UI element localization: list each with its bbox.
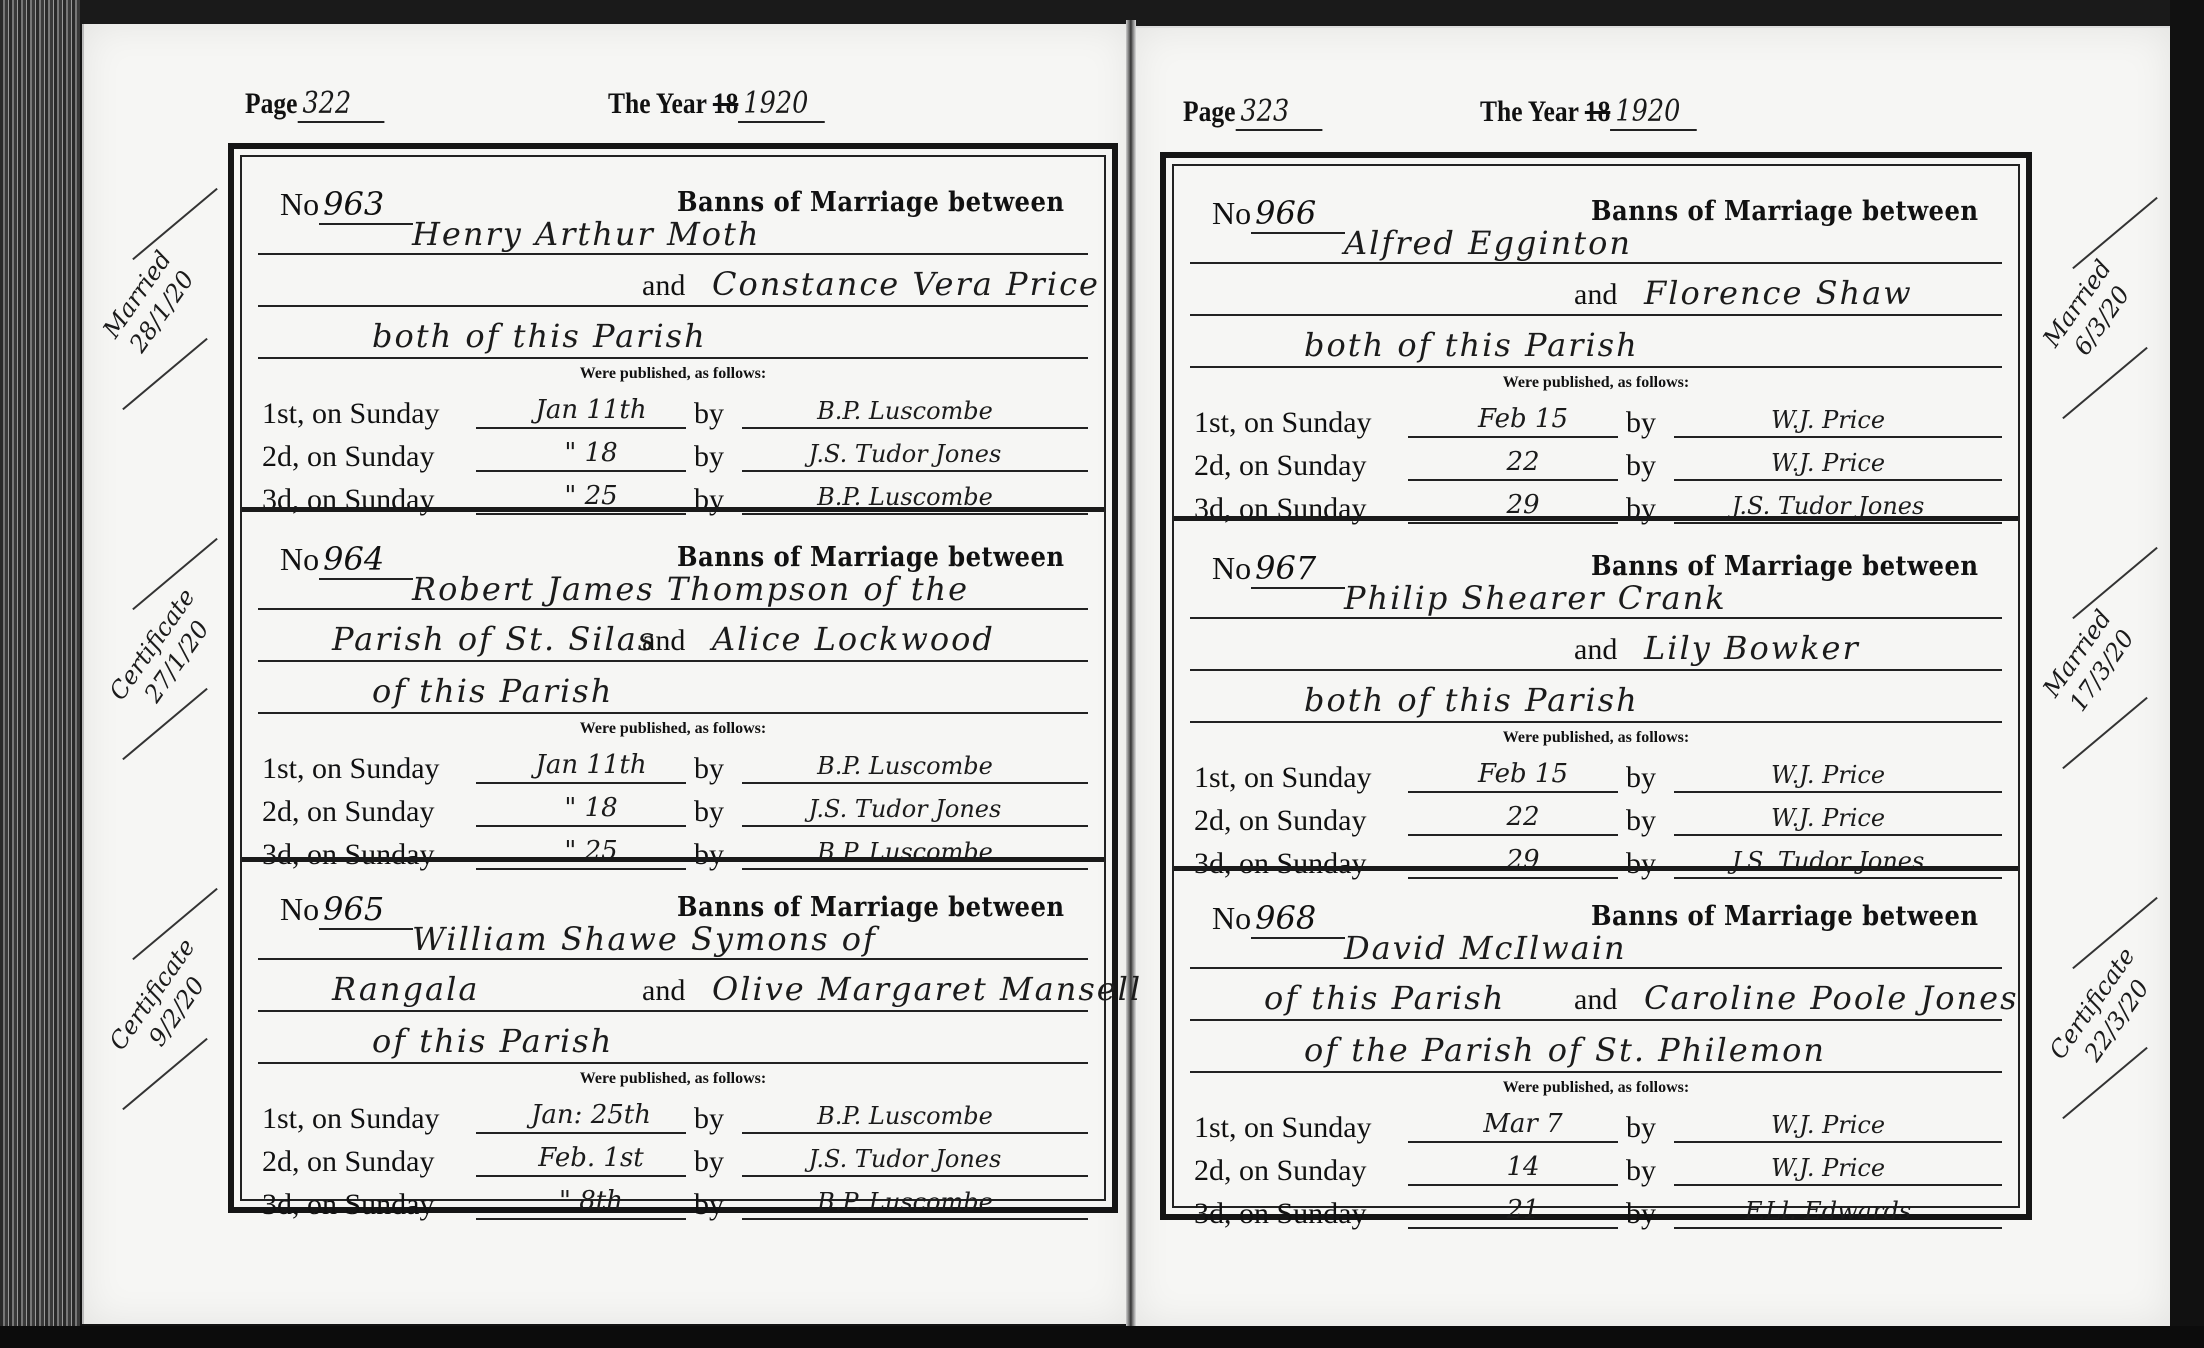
sunday-row: 1st, on Sunday Jan: 25th by B.P. Luscomb… (262, 1098, 1088, 1138)
groom-parish: of this Parish (1264, 979, 1505, 1017)
rule-line-1 (1190, 262, 2002, 264)
rule-line-3 (1190, 366, 2002, 368)
sunday-ordinal: 3d, on Sunday (262, 1188, 435, 1222)
by-label: by (694, 1102, 724, 1136)
sunday-date: Jan 11th (496, 750, 686, 780)
right-register-frame: No966 Banns of Marriage between Alfred E… (1160, 152, 2032, 1220)
rule-line-2 (1190, 1019, 2002, 1021)
published-label: Were published, as follows: (242, 720, 1104, 738)
sunday-date: Feb. 1st (496, 1143, 686, 1173)
sunday-ordinal: 2d, on Sunday (262, 440, 435, 474)
bride-line: Alice Lockwood (712, 620, 995, 658)
sunday-date: 21 (1428, 1195, 1618, 1225)
banns-title: Banns of Marriage between (1591, 551, 1978, 582)
bride-line: Constance Vera Price (712, 265, 1100, 303)
by-label: by (1626, 1197, 1656, 1231)
sunday-row: 1st, on Sunday Feb 15 by W.J. Price (1194, 757, 2002, 797)
and-label: and (1574, 278, 1617, 312)
by-label: by (1626, 449, 1656, 483)
by-label: by (1626, 1154, 1656, 1188)
sunday-row: 2d, on Sunday 14 by W.J. Price (1194, 1150, 2002, 1190)
left-register-frame: No963 Banns of Marriage between Henry Ar… (228, 143, 1118, 1213)
and-label: and (642, 624, 685, 658)
by-label: by (694, 795, 724, 829)
parish-line: both of this Parish (1304, 326, 1639, 364)
entry-number-label: No965 (280, 890, 413, 930)
entry-number-label: No964 (280, 540, 413, 580)
banns-entry: No963 Banns of Marriage between Henry Ar… (242, 157, 1104, 507)
sunday-row: 1st, on Sunday Jan 11th by B.P. Luscombe (262, 748, 1088, 788)
parish-line: of the Parish of St. Philemon (1304, 1031, 1826, 1069)
sunday-date: Jan: 25th (496, 1100, 686, 1130)
sunday-date: " 8th (496, 1186, 686, 1216)
sunday-ordinal: 1st, on Sunday (1194, 761, 1372, 795)
no-label: No (280, 186, 319, 222)
rule-line-3 (1190, 1071, 2002, 1073)
year-printed-prefix: 18 (713, 87, 739, 120)
sunday-ordinal: 1st, on Sunday (262, 752, 440, 786)
entry-number: 964 (319, 540, 413, 580)
banns-title: Banns of Marriage between (677, 187, 1064, 218)
sunday-date: Jan 11th (496, 395, 686, 425)
entry-number-label: No968 (1212, 899, 1345, 939)
year-value: 1920 (738, 86, 825, 123)
book-page-edges (0, 0, 80, 1348)
year-label: The Year (1480, 95, 1578, 128)
banns-title: Banns of Marriage between (1591, 901, 1978, 932)
sunday-ordinal: 3d, on Sunday (1194, 1197, 1367, 1231)
officiant-signature: W.J. Price (1694, 1154, 1962, 1182)
officiant-signature: W.J. Price (1694, 406, 1962, 434)
sunday-ordinal: 2d, on Sunday (262, 1145, 435, 1179)
entry-number: 963 (319, 185, 413, 225)
entry-number: 968 (1251, 899, 1345, 939)
entry-number: 966 (1251, 194, 1345, 234)
sunday-date: 22 (1428, 447, 1618, 477)
bride-line: Lily Bowker (1644, 629, 1860, 667)
sunday-row: 2d, on Sunday Feb. 1st by J.S. Tudor Jon… (262, 1141, 1088, 1181)
rule-line-1 (1190, 967, 2002, 969)
page-label: Page (245, 87, 297, 120)
rule-line-2 (1190, 314, 2002, 316)
right-year-header: The Year 181920 (1480, 94, 1697, 131)
officiant-signature: F.Ll. Edwards (1694, 1197, 1962, 1225)
no-label: No (1212, 550, 1251, 586)
published-label: Were published, as follows: (242, 365, 1104, 383)
rule-line-3 (1190, 721, 2002, 723)
banns-entry: No968 Banns of Marriage between David Mc… (1174, 866, 2018, 1221)
banns-entry: No965 Banns of Marriage between William … (242, 857, 1104, 1212)
sunday-ordinal: 1st, on Sunday (262, 1102, 440, 1136)
groom-line: Henry Arthur Moth (412, 215, 760, 253)
entry-number-label: No967 (1212, 549, 1345, 589)
left-page-header: Page322 (245, 86, 384, 123)
sunday-date: Feb 15 (1428, 759, 1618, 789)
officiant-signature: J.S. Tudor Jones (762, 795, 1048, 823)
rule-line-1 (258, 253, 1088, 255)
year-value: 1920 (1610, 94, 1697, 131)
officiant-signature: J.S. Tudor Jones (762, 1145, 1048, 1173)
entry-number-label: No963 (280, 185, 413, 225)
sunday-row: 3d, on Sunday " 8th by B.P. Luscombe (262, 1184, 1088, 1224)
sunday-date: " 18 (496, 793, 686, 823)
sunday-ordinal: 1st, on Sunday (1194, 1111, 1372, 1145)
page-number: 322 (297, 86, 384, 123)
entry-number: 965 (319, 890, 413, 930)
parish-line: of this Parish (372, 672, 613, 710)
rule-line-2 (1190, 669, 2002, 671)
groom-line: Robert James Thompson of the (412, 570, 969, 608)
officiant-signature: W.J. Price (1694, 804, 1962, 832)
rule-line-1 (258, 958, 1088, 960)
and-label: and (1574, 633, 1617, 667)
banns-entry: No966 Banns of Marriage between Alfred E… (1174, 166, 2018, 516)
no-label: No (280, 891, 319, 927)
page-number: 323 (1235, 94, 1322, 131)
published-label: Were published, as follows: (242, 1070, 1104, 1088)
officiant-signature: B.P. Luscombe (762, 397, 1048, 425)
published-label: Were published, as follows: (1174, 729, 2018, 747)
sunday-row: 2d, on Sunday " 18 by J.S. Tudor Jones (262, 436, 1088, 476)
officiant-signature: W.J. Price (1694, 449, 1962, 477)
bride-line: Florence Shaw (1644, 274, 1913, 312)
officiant-signature: W.J. Price (1694, 761, 1962, 789)
by-label: by (1626, 761, 1656, 795)
sunday-row: 2d, on Sunday 22 by W.J. Price (1194, 445, 2002, 485)
parish-line: both of this Parish (372, 317, 707, 355)
sunday-row: 3d, on Sunday 21 by F.Ll. Edwards (1194, 1193, 2002, 1233)
banns-entry: No967 Banns of Marriage between Philip S… (1174, 516, 2018, 871)
left-year-header: The Year 181920 (608, 86, 825, 123)
sunday-ordinal: 1st, on Sunday (262, 397, 440, 431)
year-printed-prefix: 18 (1585, 95, 1611, 128)
rule-line-2 (258, 305, 1088, 307)
page-label: Page (1183, 95, 1235, 128)
sunday-ordinal: 2d, on Sunday (1194, 804, 1367, 838)
parish-line: of this Parish (372, 1022, 613, 1060)
right-page-header: Page323 (1183, 94, 1322, 131)
officiant-signature: B.P. Luscombe (762, 1188, 1048, 1216)
published-label: Were published, as follows: (1174, 374, 2018, 392)
officiant-signature: W.J. Price (1694, 1111, 1962, 1139)
sunday-row: 1st, on Sunday Mar 7 by W.J. Price (1194, 1107, 2002, 1147)
groom-line: David McIlwain (1344, 929, 1627, 967)
bride-line: Caroline Poole Jones (1644, 979, 2018, 1017)
by-label: by (694, 1188, 724, 1222)
rule-line-2 (258, 660, 1088, 662)
sunday-date: Feb 15 (1428, 404, 1618, 434)
book-spine (1126, 20, 1136, 1348)
rule-line-3 (258, 357, 1088, 359)
officiant-signature: B.P. Luscombe (762, 752, 1048, 780)
parish-line: both of this Parish (1304, 681, 1639, 719)
groom-line: Philip Shearer Crank (1344, 579, 1727, 617)
no-label: No (1212, 900, 1251, 936)
banns-title: Banns of Marriage between (677, 892, 1064, 923)
by-label: by (1626, 1111, 1656, 1145)
book-cover-edge (2170, 0, 2204, 1348)
no-label: No (280, 541, 319, 577)
officiant-signature: J.S. Tudor Jones (762, 440, 1048, 468)
by-label: by (694, 1145, 724, 1179)
bride-line: Olive Margaret Mansell (712, 970, 1142, 1008)
entry-number-label: No966 (1212, 194, 1345, 234)
published-label: Were published, as follows: (1174, 1079, 2018, 1097)
banns-entry: No964 Banns of Marriage between Robert J… (242, 507, 1104, 862)
sunday-row: 1st, on Sunday Jan 11th by B.P. Luscombe (262, 393, 1088, 433)
rule-line-3 (258, 712, 1088, 714)
sunday-row: 1st, on Sunday Feb 15 by W.J. Price (1194, 402, 2002, 442)
rule-line-1 (1190, 617, 2002, 619)
groom-parish: Parish of St. Silas (332, 620, 656, 658)
rule-line-3 (258, 1062, 1088, 1064)
groom-parish: Rangala (332, 970, 479, 1008)
banns-title: Banns of Marriage between (677, 542, 1064, 573)
sunday-row: 2d, on Sunday 22 by W.J. Price (1194, 800, 2002, 840)
banns-title: Banns of Marriage between (1591, 196, 1978, 227)
by-label: by (694, 397, 724, 431)
sunday-date: Mar 7 (1428, 1109, 1618, 1139)
year-label: The Year (608, 87, 706, 120)
sunday-ordinal: 1st, on Sunday (1194, 406, 1372, 440)
sunday-ordinal: 2d, on Sunday (1194, 1154, 1367, 1188)
sunday-date: " 18 (496, 438, 686, 468)
groom-line: Alfred Egginton (1344, 224, 1632, 262)
by-label: by (694, 440, 724, 474)
groom-line: William Shawe Symons of (412, 920, 877, 958)
sunday-row: 2d, on Sunday " 18 by J.S. Tudor Jones (262, 791, 1088, 831)
sunday-ordinal: 2d, on Sunday (262, 795, 435, 829)
rule-line-1 (258, 608, 1088, 610)
and-label: and (1574, 983, 1617, 1017)
sunday-ordinal: 2d, on Sunday (1194, 449, 1367, 483)
and-label: and (642, 974, 685, 1008)
entry-number: 967 (1251, 549, 1345, 589)
by-label: by (1626, 804, 1656, 838)
and-label: and (642, 269, 685, 303)
by-label: by (1626, 406, 1656, 440)
officiant-signature: B.P. Luscombe (762, 1102, 1048, 1130)
by-label: by (694, 752, 724, 786)
rule-line-2 (258, 1010, 1088, 1012)
no-label: No (1212, 195, 1251, 231)
book-bottom-edge (0, 1326, 2204, 1348)
sunday-date: 22 (1428, 802, 1618, 832)
sunday-date: 14 (1428, 1152, 1618, 1182)
